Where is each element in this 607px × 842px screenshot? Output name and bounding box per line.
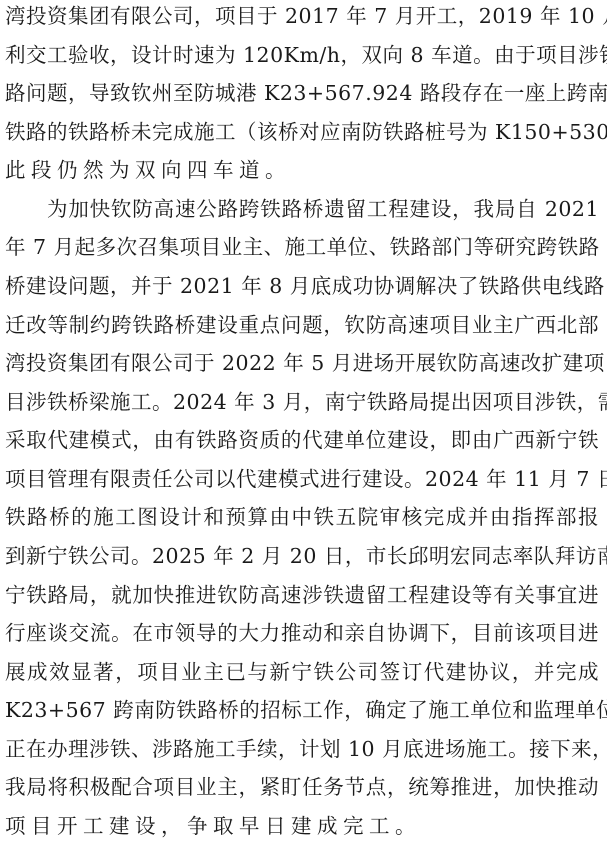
text-line: 宁铁路局，就加快推进钦防高速涉铁遗留工程建设等有关事宜进 [5,583,599,607]
text-line: 目涉铁桥梁施工。2024 年 3 月，南宁铁路局提出因项目涉铁，需 [5,390,599,414]
text-line: 正在办理涉铁、涉路施工手续，计划 10 月底进场施工。接下来， [5,737,599,761]
text-line: 行座谈交流。在市领导的大力推动和亲自协调下，目前该项目进 [5,621,599,645]
text-line: 湾投资集团有限公司于 2022 年 5 月进场开展钦防高速改扩建项 [5,351,599,375]
text-line: 我局将积极配合项目业主，紧盯任务节点，统筹推进，加快推动 [5,775,599,799]
text-line: 年 7 月起多次召集项目业主、施工单位、铁路部门等研究跨铁路 [5,235,599,259]
text-line: K23+567 跨南防铁路桥的招标工作，确定了施工单位和监理单位， [5,698,599,722]
text-line: 铁路桥的施工图设计和预算由中铁五院审核完成并由指挥部报 [5,505,599,529]
text-line: 此段仍然为双向四车道。 [5,158,599,182]
text-line: 铁路的铁路桥未完成施工（该桥对应南防铁路桩号为 K150+530）， [5,120,599,144]
text-line: 利交工验收，设计时速为 120Km/h，双向 8 车道。由于项目涉铁 [5,43,599,67]
text-line: 桥建设问题，并于 2021 年 8 月底成功协调解决了铁路供电线路 [5,274,599,298]
text-line: 到新宁铁公司。2025 年 2 月 20 日，市长邱明宏同志率队拜访南 [5,544,599,568]
text-line: 迁改等制约跨铁路桥建设重点问题，钦防高速项目业主广西北部 [5,313,599,337]
text-line: 采取代建模式，由有铁路资质的代建单位建设，即由广西新宁铁 [5,428,599,452]
text-line: 为加快钦防高速公路跨铁路桥遗留工程建设，我局自 2021 [47,197,599,221]
text-line: 路问题，导致钦州至防城港 K23+567.924 路段存在一座上跨南防 [5,81,599,105]
text-line: 展成效显著，项目业主已与新宁铁公司签订代建协议，并完成 [5,660,599,684]
text-line: 项目管理有限责任公司以代建模式进行建设。2024 年 11 月 7 日， [5,467,599,491]
text-line: 湾投资集团有限公司，项目于 2017 年 7 月开工，2019 年 10 月顺 [5,4,599,28]
text-line: 项目开工建设，争取早日建成完工。 [5,814,599,838]
